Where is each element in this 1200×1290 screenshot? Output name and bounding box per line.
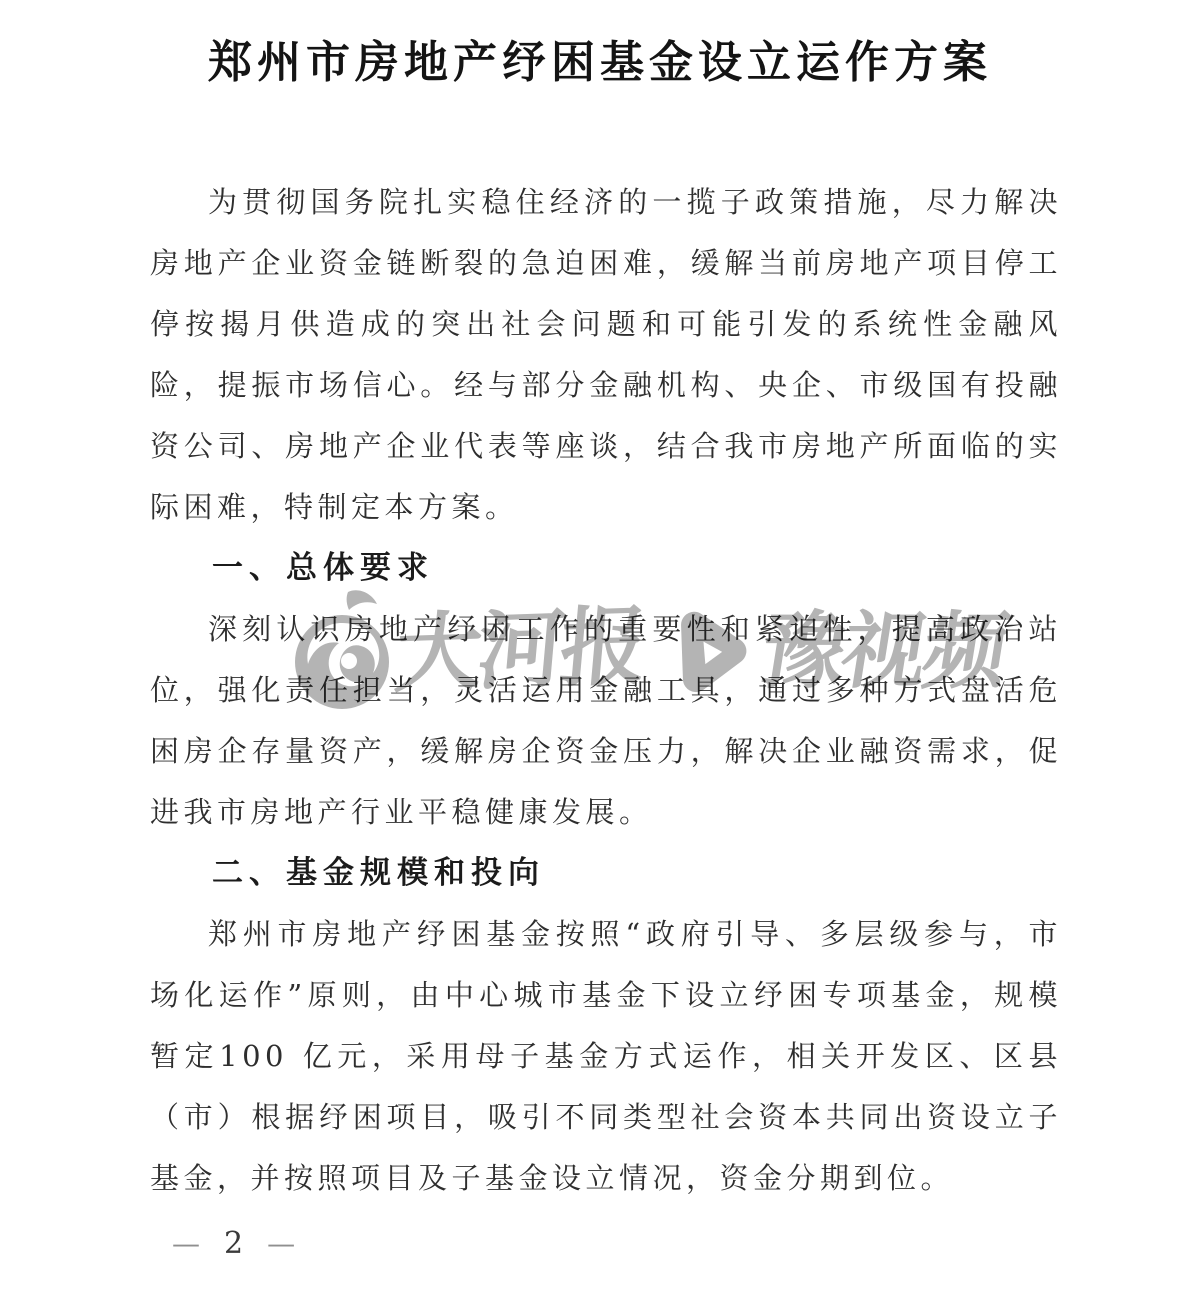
- page-number: — 2 —: [172, 1226, 295, 1261]
- section-heading-overall-requirements: 一、总体要求: [150, 538, 1062, 599]
- document-title: 郑州市房地产纾困基金设立运作方案: [0, 26, 1200, 90]
- page-number-dash-right: —: [267, 1227, 295, 1260]
- paragraph-fund-scale: 郑州市房地产纾困基金按照“政府引导、多层级参与，市场化运作”原则，由中心城市基金…: [150, 904, 1062, 1209]
- page-number-dash-left: —: [172, 1227, 200, 1260]
- document-page: 郑州市房地产纾困基金设立运作方案 为贯彻国务院扎实稳住经济的一揽子政策措施，尽力…: [0, 0, 1200, 1290]
- page-number-value: 2: [224, 1226, 243, 1261]
- paragraph-intro: 为贯彻国务院扎实稳住经济的一揽子政策措施，尽力解决房地产企业资金链断裂的急迫困难…: [150, 172, 1062, 538]
- section-heading-fund-scale: 二、基金规模和投向: [150, 843, 1062, 904]
- paragraph-overall-requirements: 深刻认识房地产纾困工作的重要性和紧迫性，提高政治站位，强化责任担当，灵活运用金融…: [150, 599, 1062, 843]
- document-body: 为贯彻国务院扎实稳住经济的一揽子政策措施，尽力解决房地产企业资金链断裂的急迫困难…: [150, 172, 1062, 1209]
